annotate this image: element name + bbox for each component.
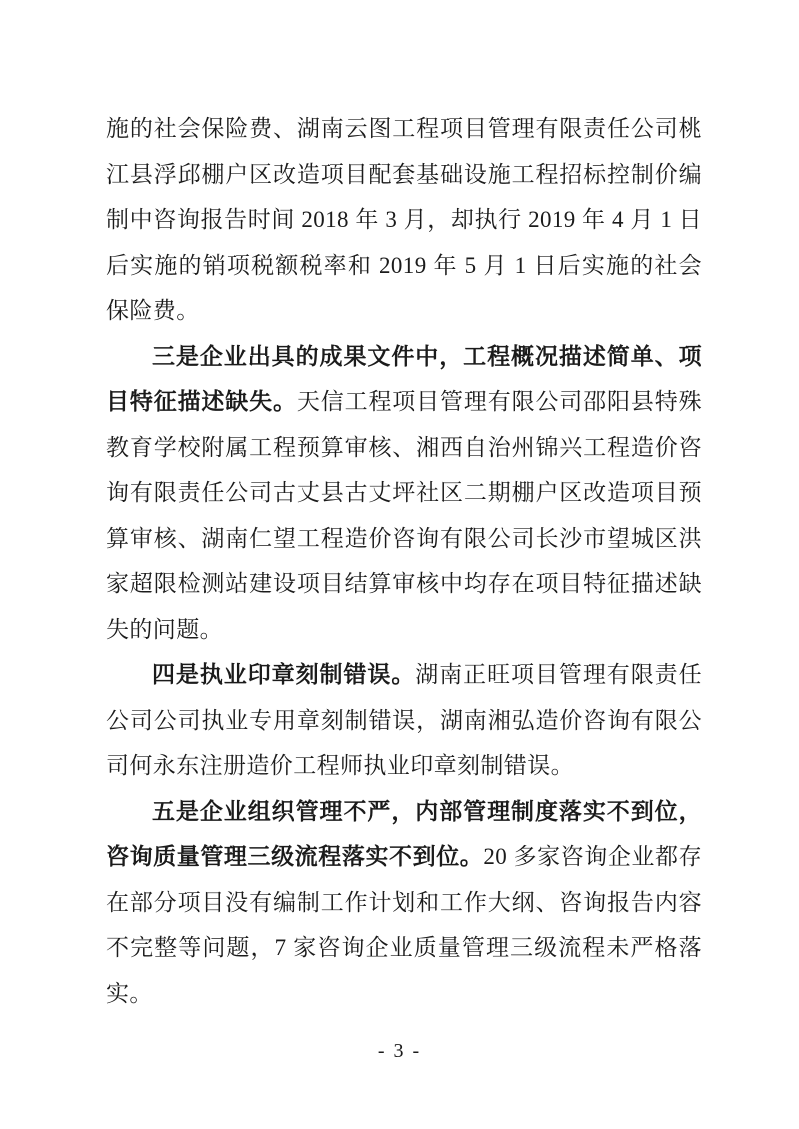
paragraph-bold-lead: 四是执业印章刻制错误。	[152, 662, 415, 687]
paragraph-text: 施的社会保险费、湖南云图工程项目管理有限责任公司桃江县浮邱棚户区改造项目配套基础…	[106, 116, 702, 323]
paragraph-point-five: 五是企业组织管理不严，内部管理制度落实不到位，咨询质量管理三级流程落实不到位。2…	[106, 789, 702, 1017]
paragraph-point-three: 三是企业出具的成果文件中，工程概况描述简单、项目特征描述缺失。天信工程项目管理有…	[106, 334, 702, 653]
document-page: 施的社会保险费、湖南云图工程项目管理有限责任公司桃江县浮邱棚户区改造项目配套基础…	[0, 0, 799, 1129]
paragraph-text: 天信工程项目管理有限公司邵阳县特殊教育学校附属工程预算审核、湘西自治州锦兴工程造…	[106, 389, 702, 642]
document-body: 施的社会保险费、湖南云图工程项目管理有限责任公司桃江县浮邱棚户区改造项目配套基础…	[106, 106, 702, 1016]
paragraph-continuation: 施的社会保险费、湖南云图工程项目管理有限责任公司桃江县浮邱棚户区改造项目配套基础…	[106, 106, 702, 334]
paragraph-point-four: 四是执业印章刻制错误。湖南正旺项目管理有限责任公司公司执业专用章刻制错误，湖南湘…	[106, 652, 702, 789]
page-number: - 3 -	[0, 1040, 799, 1063]
